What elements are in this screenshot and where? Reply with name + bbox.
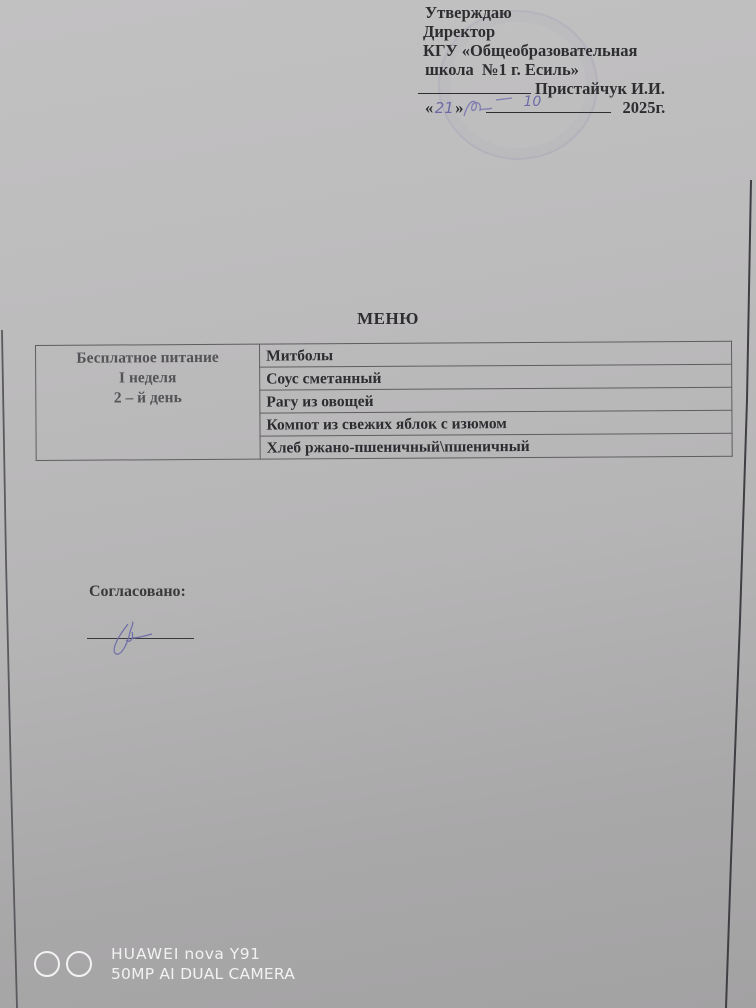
approval-organization: КГУ «Общеобразовательная xyxy=(423,41,665,60)
menu-table: Бесплатное питание I неделя 2 – й день М… xyxy=(35,341,733,461)
signatory-name: Пристайчук И.И. xyxy=(535,79,665,98)
date-close-quote: » xyxy=(455,98,463,117)
date-month-line: 10 xyxy=(486,99,611,113)
agreed-signature-line xyxy=(87,638,194,639)
dish-item: Хлеб ржано-пшеничный\пшеничный xyxy=(260,433,732,459)
dual-lens-icon xyxy=(34,951,98,977)
menu-meta-cell: Бесплатное питание I неделя 2 – й день xyxy=(36,344,261,460)
date-open-quote: « xyxy=(425,98,433,117)
dish-item: Рагу из овощей xyxy=(260,387,732,413)
page-title: МЕНЮ xyxy=(0,309,756,329)
day-label: 2 – й день xyxy=(36,388,259,409)
director-signature-row: Пристайчук И.И. xyxy=(418,79,665,98)
watermark-model: nova Y91 xyxy=(184,945,260,963)
camera-watermark: HUAWEI nova Y91 50MP AI DUAL CAMERA xyxy=(34,944,295,984)
dish-item: Митболы xyxy=(259,341,731,367)
signature-line xyxy=(418,80,531,94)
approval-date: «21»102025г. xyxy=(425,98,665,118)
date-year: 2025г. xyxy=(623,98,666,117)
paper-edges xyxy=(0,0,756,1008)
date-day: 21 xyxy=(433,99,455,118)
date-month: 10 xyxy=(524,93,542,112)
approval-organization-cont: школа №1 г. Есиль» xyxy=(425,60,665,79)
approval-title: Утверждаю xyxy=(425,3,665,22)
approval-position: Директор xyxy=(423,22,665,41)
meal-type: Бесплатное питание xyxy=(36,348,259,369)
agreed-label: Согласовано: xyxy=(89,583,186,601)
approval-block: Утверждаю Директор КГУ «Общеобразователь… xyxy=(423,3,665,118)
week-label: I неделя xyxy=(36,368,259,389)
dish-item: Компот из свежих яблок с изюмом xyxy=(260,410,732,436)
dish-item: Соус сметанный xyxy=(260,364,732,390)
watermark-camera: 50MP AI DUAL CAMERA xyxy=(111,964,295,984)
watermark-brand: HUAWEI xyxy=(111,945,179,963)
